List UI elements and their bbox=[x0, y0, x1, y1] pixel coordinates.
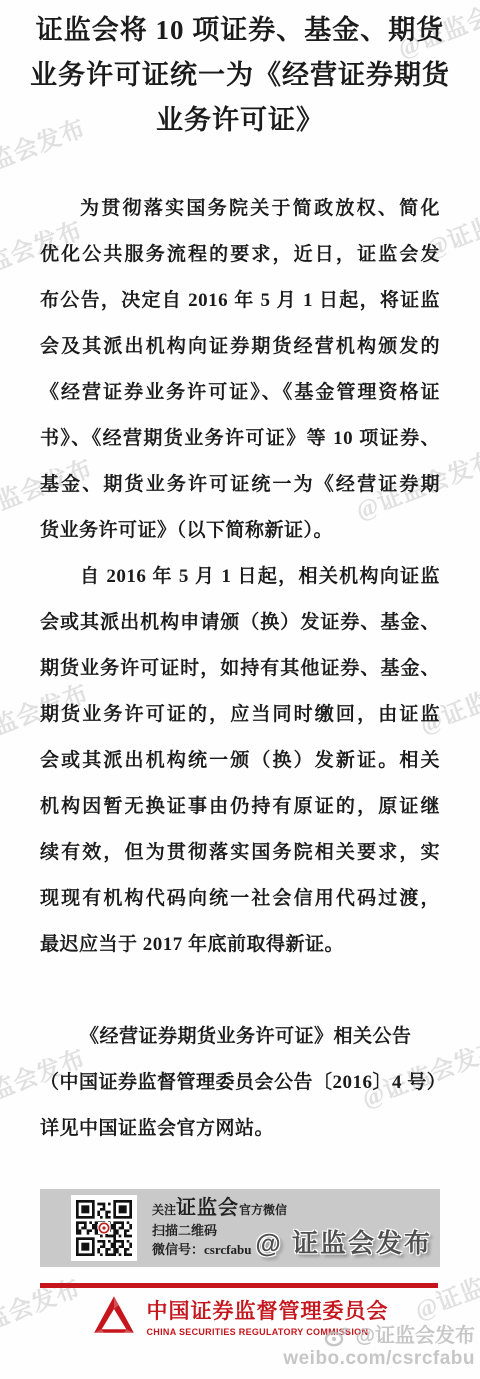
body-line: 期货业务许可证的，应当同时缴回，由证监 bbox=[0, 692, 480, 738]
body-line: 会或其派出机构申请颁（换）发证券、基金、 bbox=[0, 600, 480, 646]
wechat-follow-line: 关注证监会官方微信 bbox=[152, 1198, 287, 1218]
weibo-logo-icon bbox=[323, 1325, 351, 1347]
body-line: 最迟应当于 2017 年底前取得新证。 bbox=[0, 922, 480, 968]
body-line: 期货业务许可证时，如持有其他证券、基金、 bbox=[0, 646, 480, 692]
body-line: 布公告，决定自 2016 年 5 月 1 日起，将证监 bbox=[0, 278, 480, 324]
body-line: 为贯彻落实国务院关于简政放权、简化 bbox=[0, 186, 480, 232]
body-line: （中国证券监督管理委员会公告〔2016〕4 号） bbox=[0, 1060, 480, 1106]
weibo-watermark: @证监会发布 weibo.com/csrcfabu bbox=[283, 1325, 475, 1370]
body-line: 《经营证券期货业务许可证》相关公告 bbox=[0, 1014, 480, 1060]
weibo-handle-row: @证监会发布 bbox=[283, 1325, 475, 1347]
red-divider bbox=[40, 1283, 438, 1288]
weibo-handle-text: @证监会发布 bbox=[355, 1325, 475, 1347]
body-line: 会或其派出机构统一颁（换）发新证。相关 bbox=[0, 738, 480, 784]
body-line: 优化公共服务流程的要求，近日，证监会发 bbox=[0, 232, 480, 278]
page-title: 证监会将 10 项证券、基金、期货 业务许可证统一为《经营证券期货 业务许可证》 bbox=[0, 8, 480, 143]
body-line: 详见中国证监会官方网站。 bbox=[0, 1106, 480, 1152]
brand-name: 证监会 bbox=[176, 1197, 239, 1219]
title-line: 业务许可证》 bbox=[0, 98, 480, 143]
qr-code bbox=[71, 1195, 137, 1261]
body-line: 会及其派出机构向证券期货经营机构颁发的 bbox=[0, 324, 480, 370]
follow-prefix: 关注 bbox=[152, 1203, 176, 1217]
body-line: 货业务许可证》（以下简称新证）。 bbox=[0, 508, 480, 554]
announcement-image: @证监会发布 @证监会发布 @证监会发布 @证监会发布 @证监会发布 @证监会发… bbox=[0, 0, 480, 1379]
body-line: 自 2016 年 5 月 1 日起，相关机构向证监 bbox=[0, 554, 480, 600]
title-line: 证监会将 10 项证券、基金、期货 bbox=[0, 8, 480, 53]
article-body: 为贯彻落实国务院关于简政放权、简化 优化公共服务流程的要求，近日，证监会发 布公… bbox=[0, 186, 480, 1152]
title-line: 业务许可证统一为《经营证券期货 bbox=[0, 53, 480, 98]
body-line: 机构因暂无换证事由仍持有原证的，原证继 bbox=[0, 784, 480, 830]
follow-suffix: 官方微信 bbox=[239, 1203, 287, 1217]
wechat-banner: 关注证监会官方微信 扫描二维码 微信号：csrcfabu @ 证监会发布 bbox=[40, 1189, 440, 1267]
weibo-handle-banner: @ 证监会发布 bbox=[255, 1223, 432, 1260]
org-name-cn: 中国证券监督管理委员会 bbox=[147, 1295, 389, 1325]
body-line: 续有效，但为贯彻落实国务院相关要求，实 bbox=[0, 830, 480, 876]
body-line: 基金、期货业务许可证统一为《经营证券期 bbox=[0, 462, 480, 508]
csrc-logo-icon bbox=[92, 1294, 136, 1338]
weibo-url: weibo.com/csrcfabu bbox=[283, 1349, 475, 1370]
body-line: 书》、《经营期货业务许可证》等 10 项证券、 bbox=[0, 416, 480, 462]
body-line: 现现有机构代码向统一社会信用代码过渡， bbox=[0, 876, 480, 922]
body-line: 《经营证券业务许可证》、《基金管理资格证 bbox=[0, 370, 480, 416]
paragraph-gap bbox=[0, 968, 480, 1014]
qr-code-icon bbox=[76, 1200, 132, 1256]
